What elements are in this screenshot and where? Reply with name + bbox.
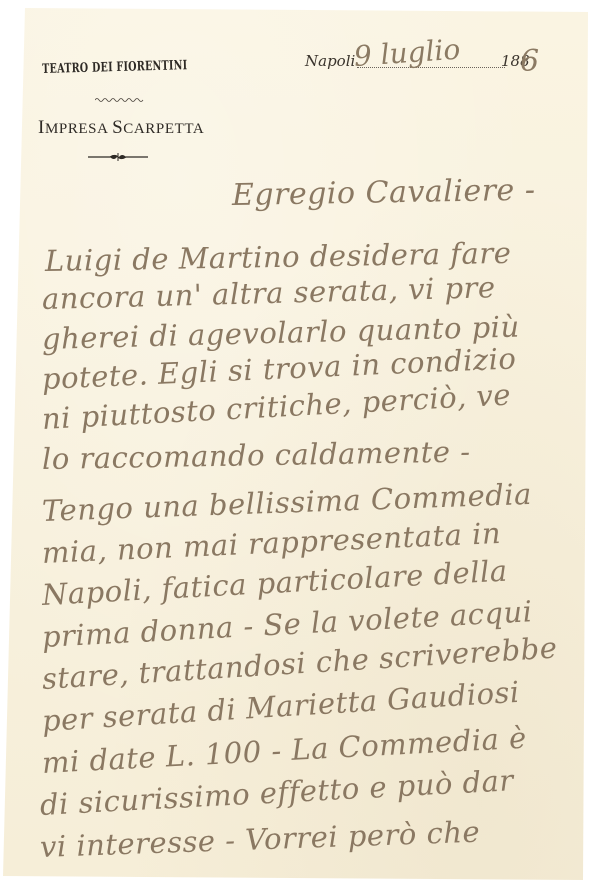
dateline-handwritten-year-digit: 6 <box>520 44 539 79</box>
subtitle-initial: S <box>112 117 123 138</box>
wavy-divider-icon <box>95 97 145 103</box>
subtitle-word: CARPETTA <box>123 121 204 137</box>
letter-salutation: Egregio Cavaliere - <box>232 173 536 213</box>
dateline-place: Napoli <box>305 52 355 70</box>
subtitle-initial: I <box>38 117 45 138</box>
subtitle-word: MPRESA <box>45 121 108 137</box>
letterhead-subtitle: IMPRESA SCARPETTA <box>38 117 204 139</box>
ornament-divider-icon <box>88 152 148 162</box>
